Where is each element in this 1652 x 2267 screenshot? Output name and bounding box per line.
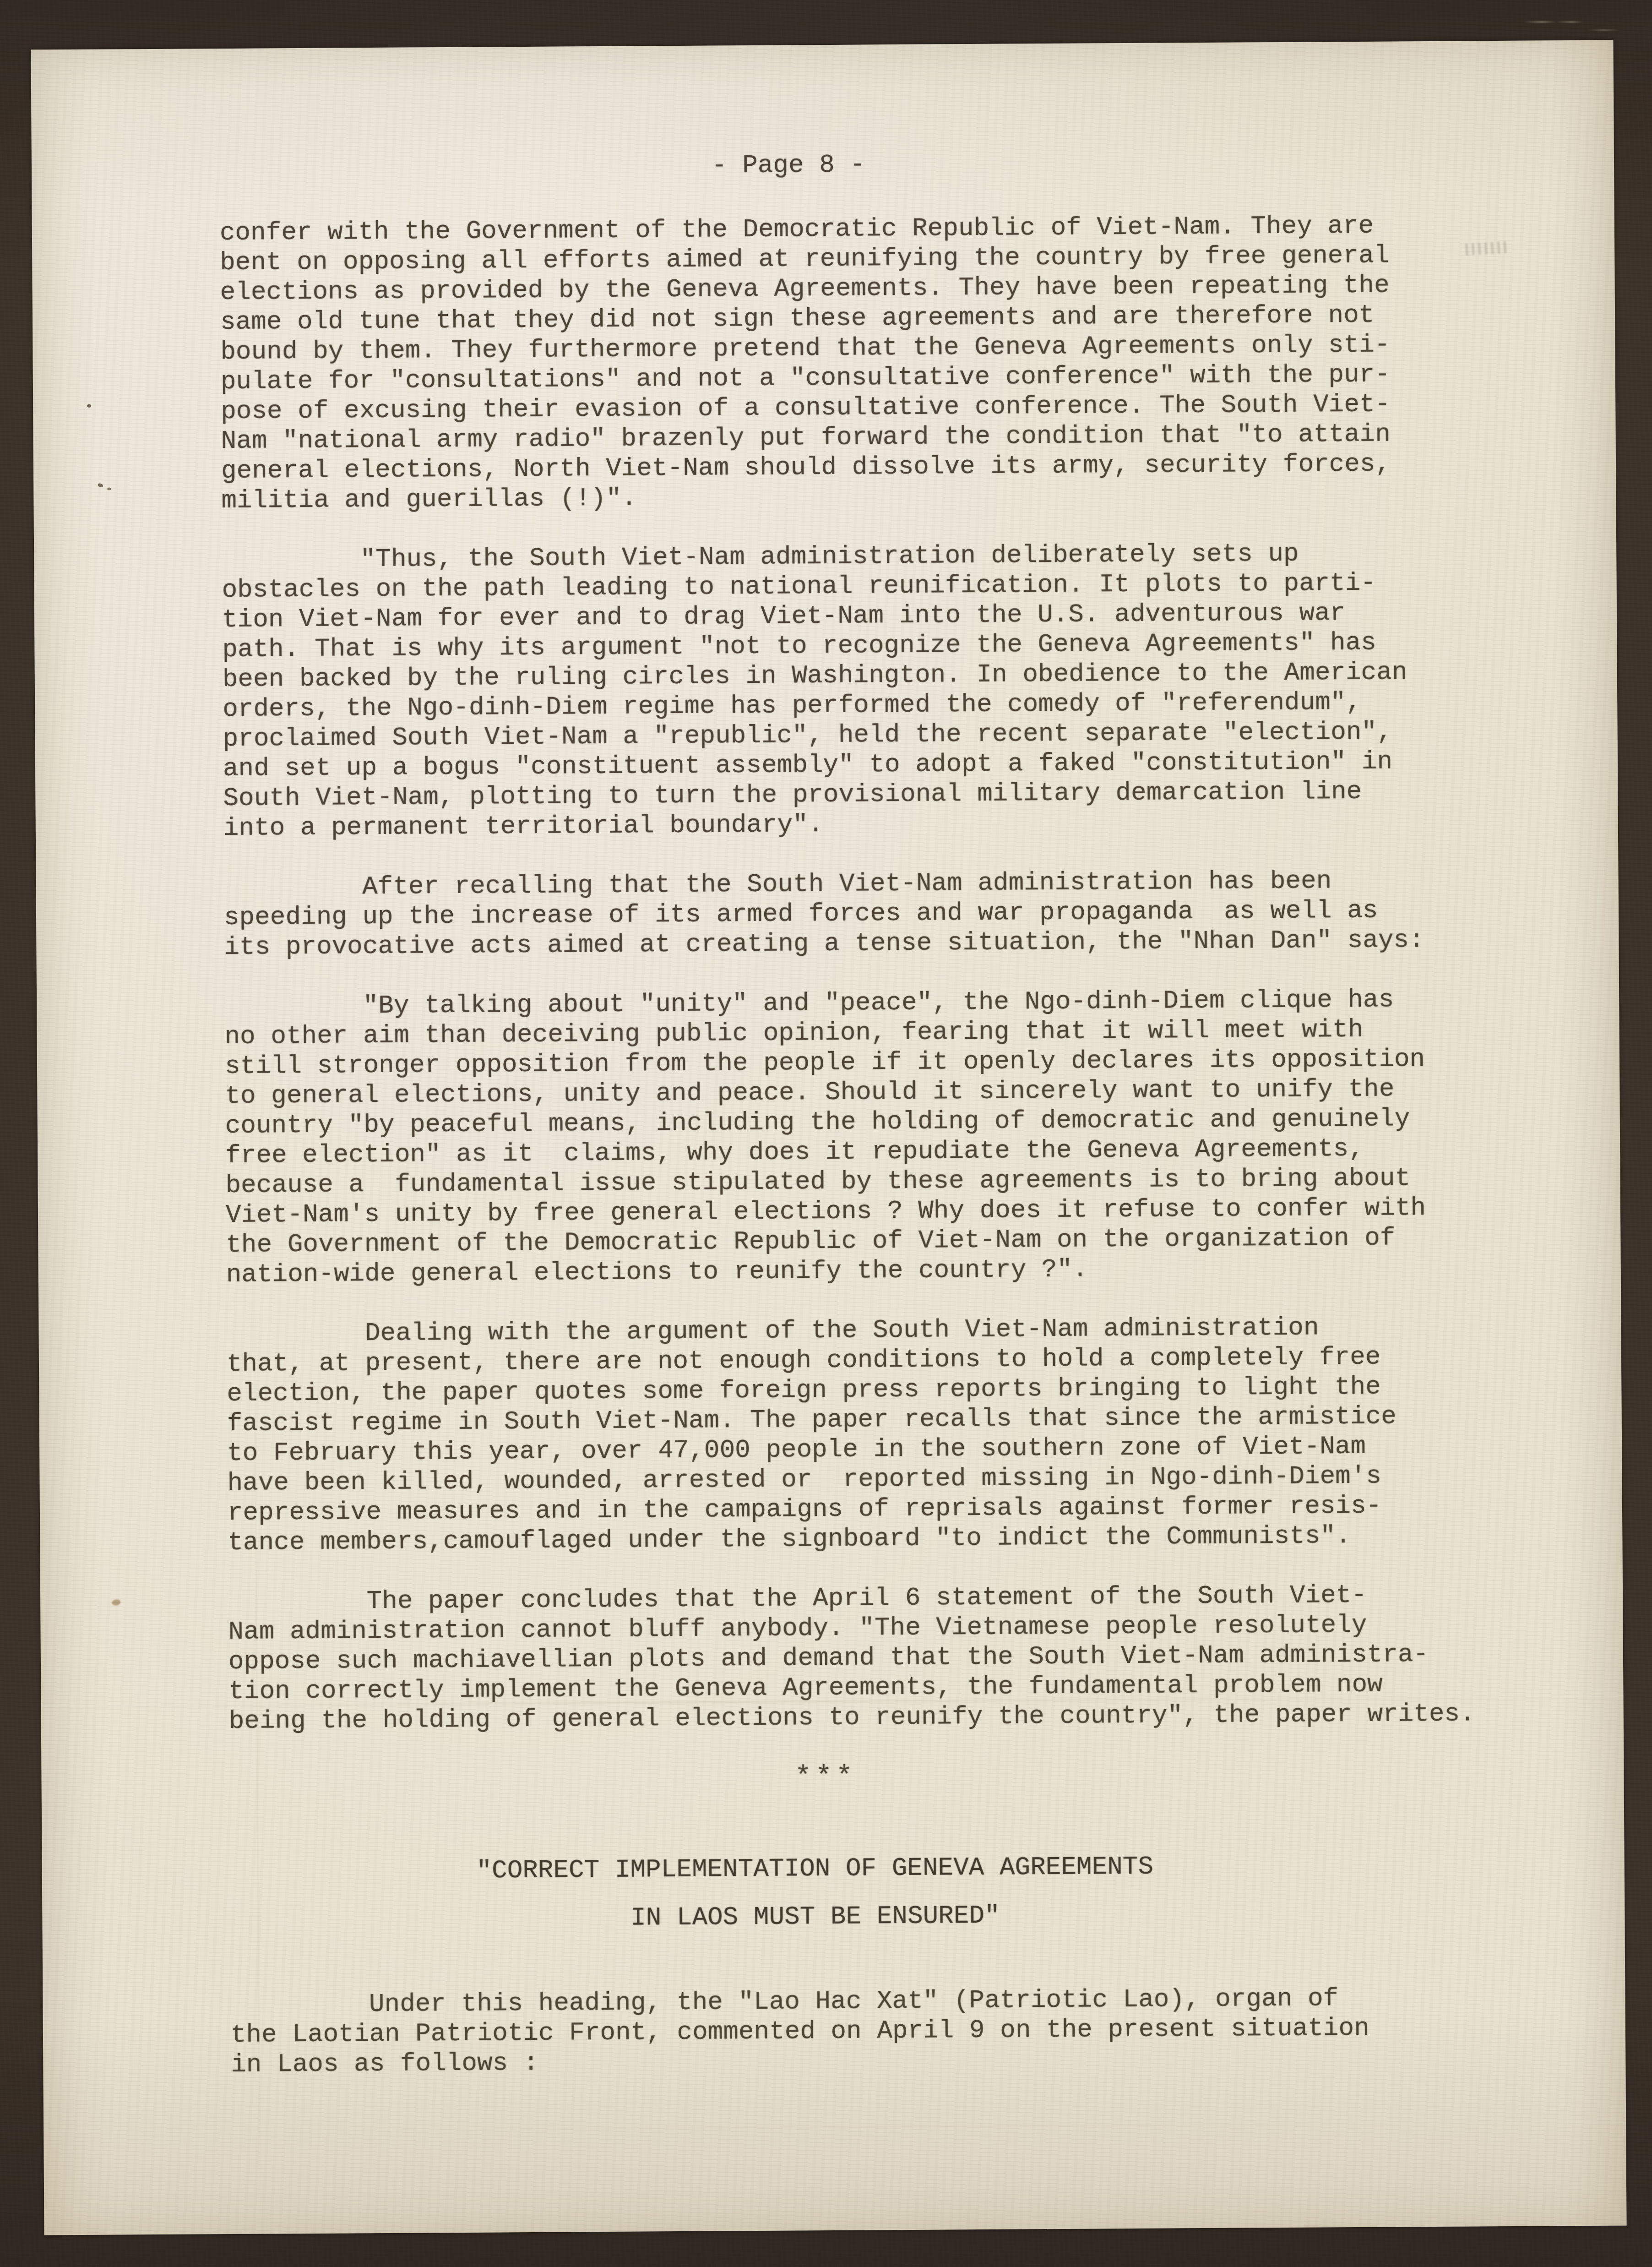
text-line: been backed by the ruling circles in Was… — [223, 657, 1443, 694]
text-line: have been killed, wounded, arrested or r… — [227, 1461, 1448, 1498]
text-line: into a permanent territorial boundary". — [223, 806, 1444, 843]
text-line: path. That is why its argument "not to r… — [222, 627, 1443, 665]
text-line: the Government of the Democratic Republi… — [226, 1223, 1446, 1260]
pencil-mark — [1465, 241, 1509, 256]
paper-stain — [112, 1599, 120, 1605]
text-line: the Laotian Patriotic Front, commented o… — [231, 2013, 1451, 2050]
text-line: South Viet-Nam, plotting to turn the pro… — [223, 776, 1444, 813]
text-line: elections as provided by the Geneva Agre… — [220, 270, 1441, 307]
text-line: After recalling that the South Viet-Nam … — [223, 866, 1444, 903]
document-page: - Page 8 - confer with the Government of… — [31, 40, 1626, 2235]
text-line: fascist regime in South Viet-Nam. The pa… — [227, 1401, 1448, 1439]
text-line: in Laos as follows : — [231, 2043, 1451, 2080]
text-line: militia and guerillas (!)". — [221, 479, 1442, 516]
text-line: Nam administration cannot bluff anybody.… — [228, 1610, 1449, 1647]
photo-background: - Page 8 - confer with the Government of… — [0, 0, 1652, 2267]
text-line: country "by peaceful means, including th… — [225, 1104, 1446, 1141]
paragraph: After recalling that the South Viet-Nam … — [223, 866, 1445, 962]
text-line: to February this year, over 47,000 peopl… — [227, 1431, 1448, 1468]
paper-speck — [87, 404, 91, 408]
text-line: obstacles on the path leading to nationa… — [222, 568, 1442, 605]
background-scratch — [1524, 21, 1583, 23]
text-line: speeding up the increase of its armed fo… — [224, 895, 1445, 932]
text-line: Viet-Nam's unity by free general electio… — [226, 1193, 1446, 1230]
section-heading-line2: IN LAOS MUST BE ENSURED" — [205, 1898, 1425, 1935]
text-line: tance members,camouflaged under the sign… — [228, 1520, 1448, 1558]
body-text: confer with the Government of the Democr… — [220, 211, 1450, 1736]
section-heading: "CORRECT IMPLEMENTATION OF GENEVA AGREEM… — [205, 1850, 1426, 1935]
text-line: free election" as it claims, why does it… — [225, 1133, 1446, 1171]
paragraph: confer with the Government of the Democr… — [220, 211, 1442, 516]
text-line: orders, the Ngo-dinh-Diem regime has per… — [223, 687, 1443, 724]
text-line: "By talking about "unity" and "peace", t… — [224, 985, 1445, 1022]
paragraph: Dealing with the argument of the South V… — [226, 1312, 1448, 1558]
text-line: bent on opposing all efforts aimed at re… — [220, 240, 1440, 278]
section-separator: *** — [215, 1759, 1436, 1796]
text-line: still stronger opposition from the peopl… — [225, 1044, 1445, 1081]
section-heading-line1: "CORRECT IMPLEMENTATION OF GENEVA AGREEM… — [205, 1850, 1425, 1887]
text-line: no other aim than deceiving public opini… — [224, 1014, 1445, 1052]
text-line: same old tune that they did not sign the… — [220, 300, 1441, 337]
paper-crease — [253, 1239, 261, 2234]
text-line: confer with the Government of the Democr… — [220, 211, 1440, 248]
paragraph: The paper concludes that the April 6 sta… — [228, 1580, 1450, 1736]
text-line: because a fundamental issue stipulated b… — [225, 1163, 1446, 1200]
paragraph: Under this heading, the "Lao Hac Xat" (P… — [230, 1983, 1451, 2080]
text-line: The paper concludes that the April 6 sta… — [228, 1580, 1449, 1617]
text-line: "Thus, the South Viet-Nam administration… — [222, 538, 1442, 575]
paragraph: "By talking about "unity" and "peace", t… — [224, 985, 1447, 1290]
text-line: its provocative acts aimed at creating a… — [224, 925, 1445, 962]
paper-speck — [97, 483, 103, 488]
text-line: Nam "national army radio" brazenly put f… — [221, 419, 1441, 456]
paper-crease — [43, 2121, 1626, 2132]
text-line: tion Viet-Nam for ever and to drag Viet-… — [222, 598, 1443, 635]
text-line: nation-wide general elections to reunify… — [226, 1253, 1447, 1290]
paragraph: "Thus, the South Viet-Nam administration… — [222, 538, 1444, 843]
text-line: oppose such machiavellian plots and dema… — [228, 1640, 1449, 1677]
text-line: repressive measures and in the campaigns… — [228, 1491, 1448, 1528]
text-line: being the holding of general elections t… — [229, 1699, 1450, 1736]
text-line: pulate for "consultations" and not a "co… — [221, 360, 1441, 397]
background-scratch — [1588, 29, 1620, 31]
typewritten-content: - Page 8 - confer with the Government of… — [31, 40, 1626, 2235]
text-line: bound by them. They furthermore pretend … — [220, 330, 1441, 367]
text-line: to general elections, unity and peace. S… — [225, 1074, 1445, 1111]
text-line: tion correctly implement the Geneva Agre… — [228, 1669, 1449, 1706]
text-line: pose of excusing their evasion of a cons… — [221, 389, 1441, 426]
text-line: election, the paper quotes some foreign … — [227, 1372, 1447, 1409]
text-line: and set up a bogus "constituent assembly… — [223, 747, 1444, 784]
text-line: general elections, North Viet-Nam should… — [221, 449, 1442, 486]
text-line: proclaimed South Viet-Nam a "republic", … — [223, 717, 1443, 754]
closing-text: Under this heading, the "Lao Hac Xat" (P… — [230, 1983, 1451, 2080]
paper-speck — [107, 488, 111, 490]
page-number-header: - Page 8 - — [178, 147, 1399, 184]
paper-crease — [41, 1695, 1624, 1706]
text-line: that, at present, there are not enough c… — [227, 1342, 1447, 1379]
text-line: Dealing with the argument of the South V… — [226, 1312, 1447, 1349]
text-line: Under this heading, the "Lao Hac Xat" (P… — [230, 1983, 1451, 2020]
